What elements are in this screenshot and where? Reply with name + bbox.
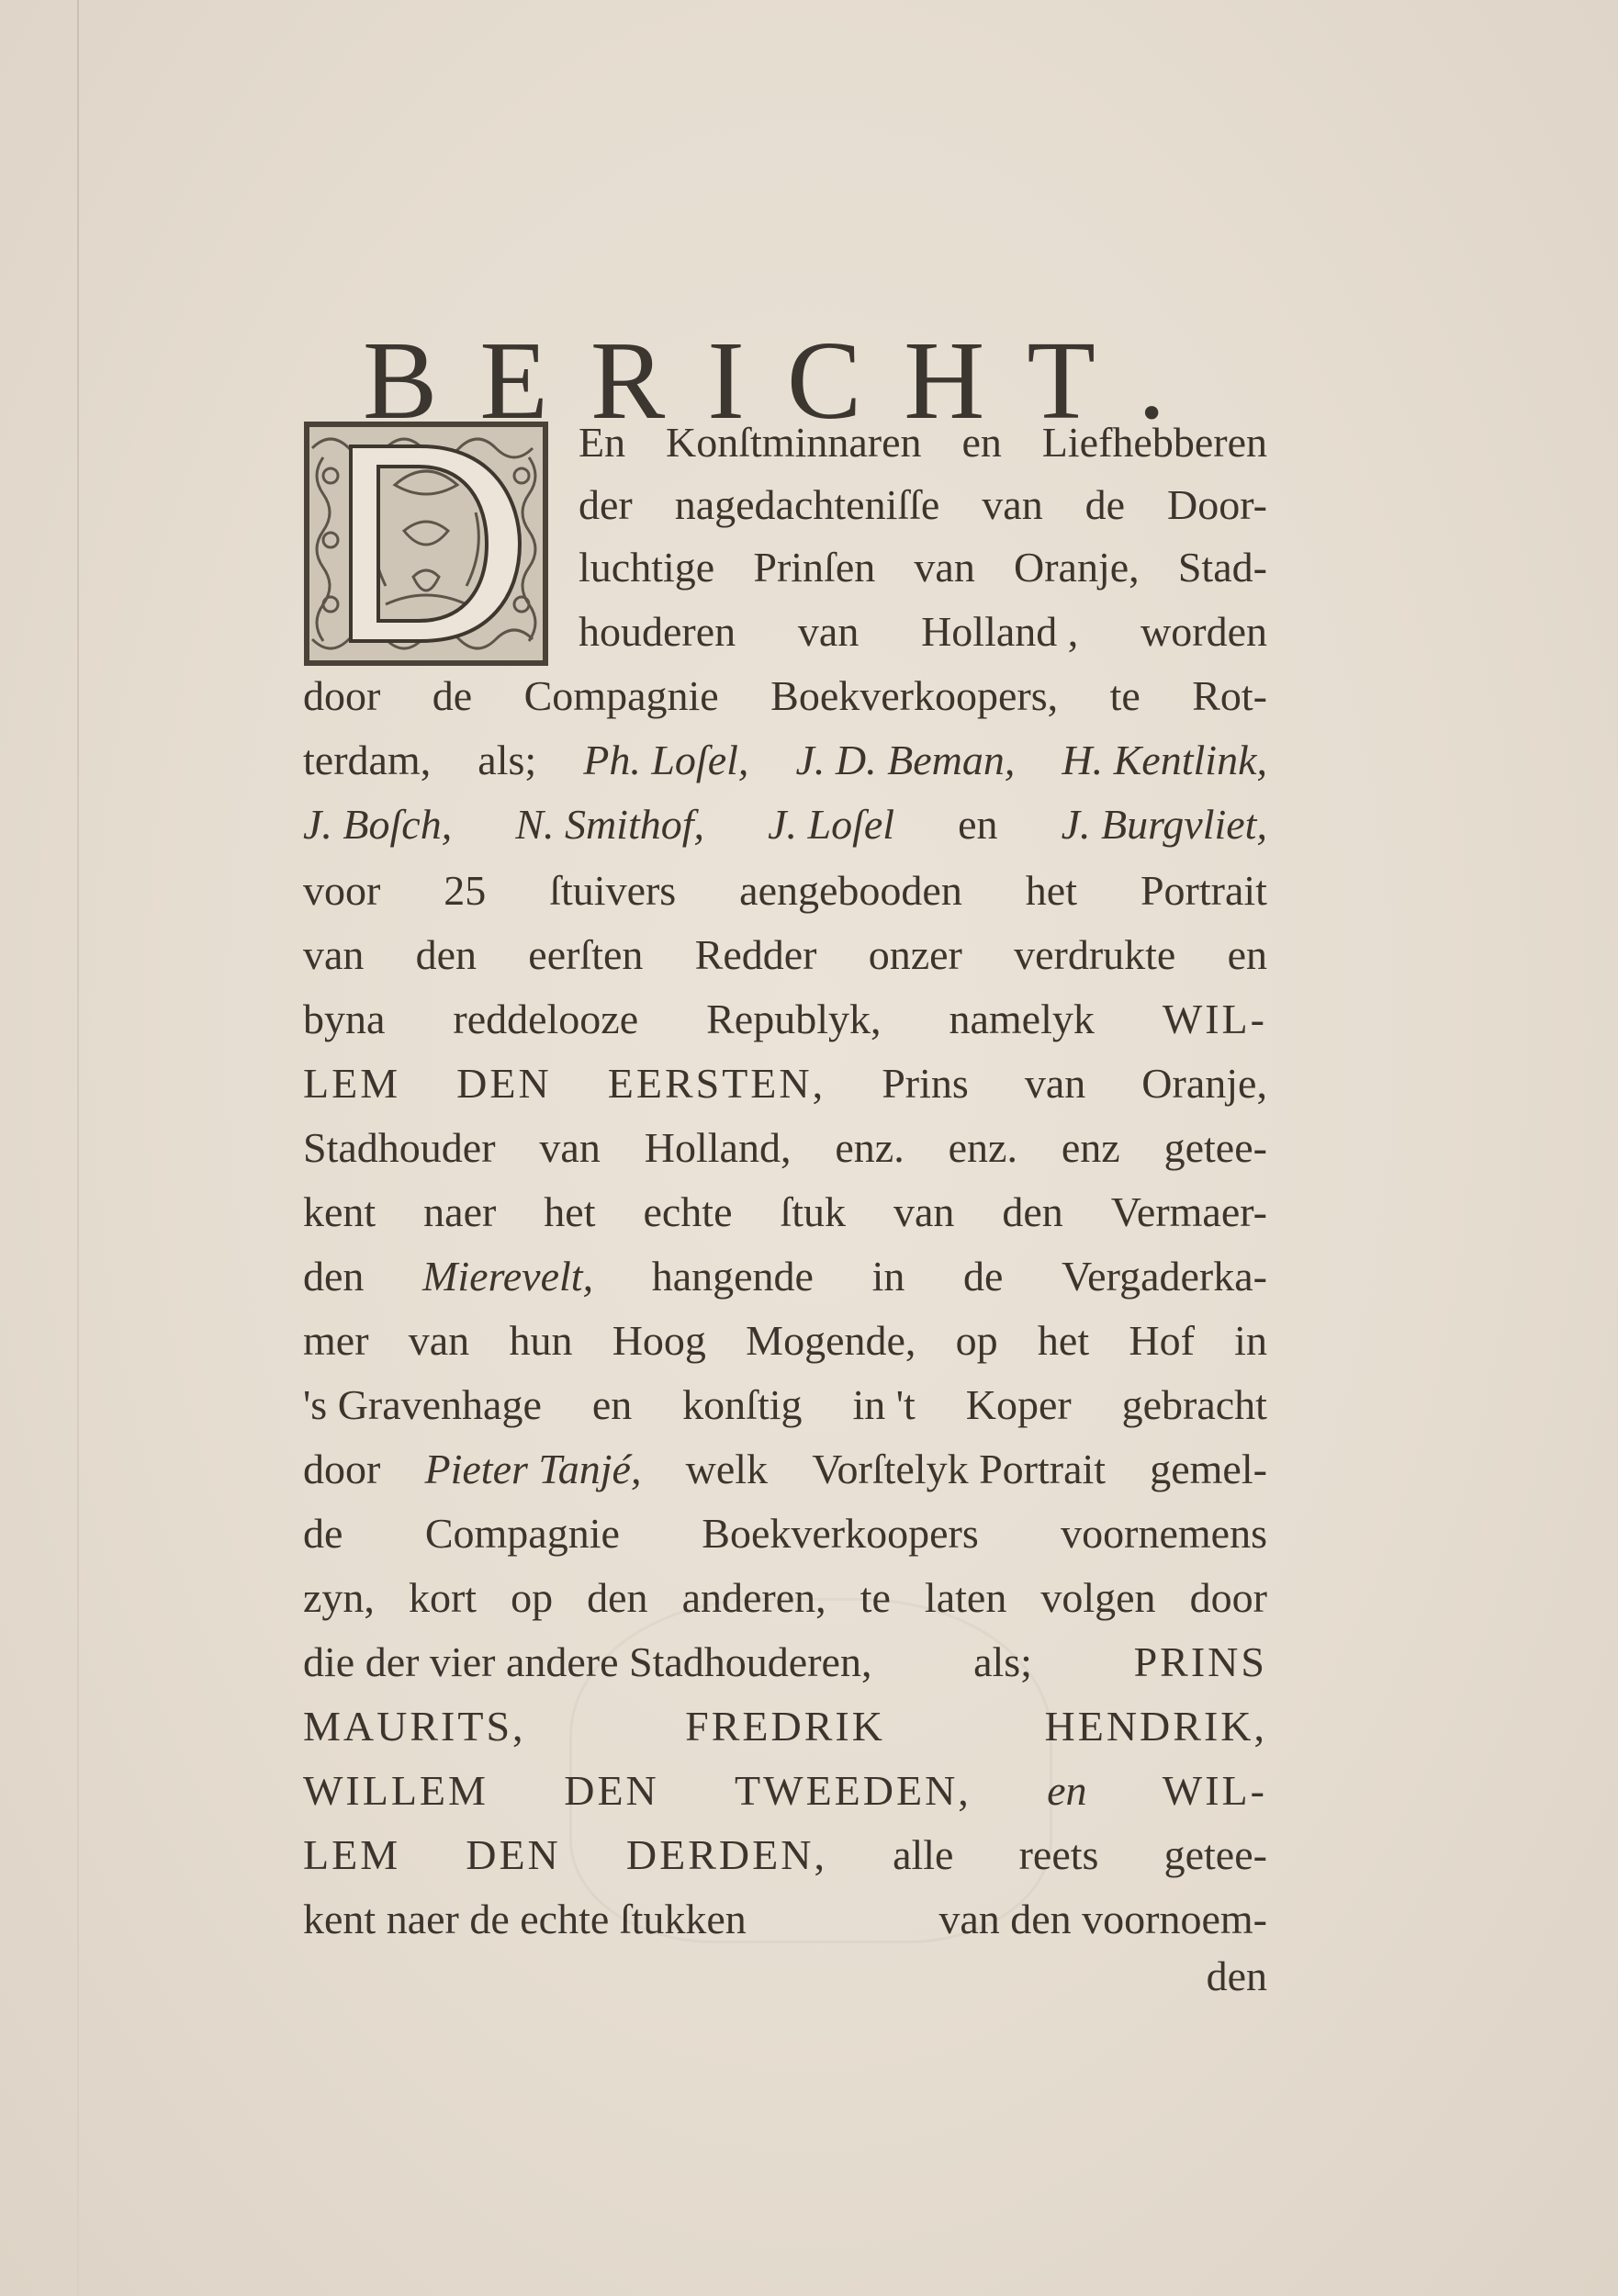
word-segment: Pieter Tanjé, xyxy=(425,1444,642,1495)
word-segment: J. Burgvliet, xyxy=(1062,799,1267,850)
word-segment: Hoog xyxy=(612,1315,706,1367)
word-segment: namelyk xyxy=(949,994,1094,1045)
text-line: MAURITS,FREDRIKHENDRIK, xyxy=(303,1701,1267,1752)
word-segment: de xyxy=(963,1251,1003,1302)
word-segment: Holland, xyxy=(645,1122,792,1174)
word-segment: onzer xyxy=(869,929,962,981)
word-segment: de xyxy=(303,1508,343,1559)
word-segment: van xyxy=(893,1187,954,1238)
word-segment: Oranje, xyxy=(1141,1058,1267,1109)
word-segment: kent naer de echte ſtukken xyxy=(303,1894,747,1945)
word-segment: van xyxy=(982,479,1042,531)
word-segment: Oranje, xyxy=(1014,542,1140,593)
text-line: LEMDENDERDEN,allereetsgetee- xyxy=(303,1829,1267,1881)
word-segment: echte xyxy=(643,1187,732,1238)
word-segment: voornemens xyxy=(1061,1508,1267,1559)
word-segment: HENDRIK, xyxy=(1045,1701,1267,1752)
word-segment: Konſtminnaren xyxy=(666,417,922,468)
word-segment: Redder xyxy=(695,929,817,981)
word-segment: TWEEDEN, xyxy=(735,1765,972,1817)
text-line: voor25ſtuiversaengeboodenhetPortrait xyxy=(303,865,1267,917)
word-segment: door xyxy=(303,1444,380,1495)
word-segment: Prins xyxy=(882,1058,969,1109)
word-segment: het xyxy=(544,1187,595,1238)
word-segment: Compagnie xyxy=(524,670,719,722)
text-line: houderenvanHolland ,worden xyxy=(579,606,1267,658)
word-segment: byna xyxy=(303,994,385,1045)
word-segment: enz xyxy=(1062,1122,1120,1174)
word-segment: in 't xyxy=(852,1379,915,1431)
text-line: dernagedachteniſſevandeDoor- xyxy=(579,479,1267,531)
word-segment: gemel- xyxy=(1150,1444,1267,1495)
word-segment: Rot- xyxy=(1192,670,1267,722)
word-segment: LEM xyxy=(303,1058,400,1109)
word-segment: aengebooden xyxy=(739,865,962,917)
word-segment: WIL- xyxy=(1163,1765,1267,1817)
word-segment: enz. xyxy=(835,1122,904,1174)
word-segment: WILLEM xyxy=(303,1765,489,1817)
word-segment: DERDEN, xyxy=(626,1829,827,1881)
word-segment: DEN xyxy=(456,1058,552,1109)
word-segment: WIL- xyxy=(1163,994,1267,1045)
word-segment: Portrait xyxy=(1140,865,1267,917)
word-segment: naer xyxy=(423,1187,496,1238)
word-segment: EERSTEN, xyxy=(608,1058,826,1109)
word-segment: van xyxy=(409,1315,469,1367)
word-segment: welk xyxy=(686,1444,768,1495)
word-segment: kort xyxy=(409,1572,477,1624)
word-segment: en xyxy=(592,1379,632,1431)
text-line: luchtigePrinſenvanOranje,Stad- xyxy=(579,542,1267,593)
word-segment: Vergaderka- xyxy=(1062,1251,1267,1302)
word-segment: Boekverkoopers, xyxy=(770,670,1058,722)
text-line: mervanhunHoogMogende,ophetHofin xyxy=(303,1315,1267,1367)
word-segment: mer xyxy=(303,1315,369,1367)
word-segment: J. Loſel xyxy=(768,799,894,850)
text-line: bynareddeloozeRepublyk,namelykWIL- xyxy=(303,994,1267,1045)
word-segment: gebracht xyxy=(1122,1379,1267,1431)
word-segment: worden xyxy=(1140,606,1267,658)
word-segment: Koper xyxy=(966,1379,1072,1431)
word-segment: Stadhouder xyxy=(303,1122,496,1174)
text-line: J. Boſch,N. Smithof,J. LoſelenJ. Burgvli… xyxy=(303,799,1267,850)
text-line: doordeCompagnieBoekverkoopers,teRot- xyxy=(303,670,1267,722)
word-segment: anderen, xyxy=(682,1572,826,1624)
word-segment: terdam, xyxy=(303,735,431,786)
word-segment: hun xyxy=(509,1315,572,1367)
word-segment: den xyxy=(1002,1187,1062,1238)
word-segment: van xyxy=(539,1122,600,1174)
word-segment: Vorſtelyk Portrait xyxy=(812,1444,1106,1495)
word-segment: der xyxy=(579,479,633,531)
text-line: die der vier andere Stadhouderen,als;PRI… xyxy=(303,1637,1267,1688)
word-segment: en xyxy=(961,417,1001,468)
text-line: zyn,kortopdenanderen,telatenvolgendoor xyxy=(303,1572,1267,1624)
word-segment: en xyxy=(958,799,997,850)
word-segment: J. D. Beman, xyxy=(795,735,1015,786)
word-segment: den xyxy=(416,929,477,981)
word-segment: en xyxy=(1047,1765,1086,1817)
word-segment: in xyxy=(1234,1315,1267,1367)
text-line: deCompagnieBoekverkoopersvoornemens xyxy=(303,1508,1267,1559)
word-segment: Prinſen xyxy=(753,542,875,593)
text-line: StadhoudervanHolland,enz.enz.enzgetee- xyxy=(303,1122,1267,1174)
word-segment: te xyxy=(860,1572,891,1624)
word-segment: van xyxy=(914,542,974,593)
word-segment: door xyxy=(1190,1572,1267,1624)
word-segment: Door- xyxy=(1167,479,1267,531)
word-segment: volgen xyxy=(1040,1572,1155,1624)
word-segment: het xyxy=(1026,865,1077,917)
word-segment: reets xyxy=(1019,1829,1099,1881)
word-segment: die der vier andere Stadhouderen, xyxy=(303,1637,871,1688)
text-line: WILLEMDENTWEEDEN,enWIL- xyxy=(303,1765,1267,1817)
text-line: denMierevelt,hangendeindeVergaderka- xyxy=(303,1251,1267,1302)
word-segment: kent xyxy=(303,1187,376,1238)
word-segment: reddelooze xyxy=(453,994,638,1045)
word-segment: Liefhebberen xyxy=(1042,417,1267,468)
word-segment: als; xyxy=(478,735,536,786)
word-segment: 's Gravenhage xyxy=(303,1379,542,1431)
word-segment: verdrukte xyxy=(1014,929,1175,981)
word-segment: de xyxy=(1085,479,1125,531)
word-segment: getee- xyxy=(1164,1829,1267,1881)
word-segment: Mogende, xyxy=(746,1315,916,1367)
text-line: doorPieter Tanjé,welkVorſtelyk Portraitg… xyxy=(303,1444,1267,1495)
word-segment: ſtuk xyxy=(780,1187,846,1238)
text-line: EnKonſtminnarenenLiefhebberen xyxy=(579,417,1267,468)
word-segment: voor xyxy=(303,865,380,917)
word-segment: 25 xyxy=(444,865,486,917)
word-segment: DEN xyxy=(564,1765,659,1817)
word-segment: MAURITS, xyxy=(303,1701,526,1752)
word-segment: van xyxy=(798,606,859,658)
word-segment: van xyxy=(303,929,364,981)
word-segment: LEM xyxy=(303,1829,400,1881)
word-segment: FREDRIK xyxy=(685,1701,885,1752)
text-line: LEMDENEERSTEN,PrinsvanOranje, xyxy=(303,1058,1267,1109)
word-segment: J. Boſch, xyxy=(303,799,452,850)
word-segment: luchtige xyxy=(579,542,714,593)
word-segment: als; xyxy=(973,1637,1032,1688)
text-line: 's Gravenhageenkonſtigin 'tKopergebracht xyxy=(303,1379,1267,1431)
word-segment: N. Smithof, xyxy=(515,799,704,850)
word-segment: op xyxy=(956,1315,998,1367)
word-segment: ſtuivers xyxy=(549,865,676,917)
word-segment: in xyxy=(872,1251,905,1302)
word-segment: Ph. Loſel, xyxy=(583,735,748,786)
word-segment: Holland , xyxy=(921,606,1078,658)
word-segment: het xyxy=(1038,1315,1089,1367)
word-segment: Compagnie xyxy=(425,1508,620,1559)
word-segment: eerſten xyxy=(528,929,643,981)
word-segment: getee- xyxy=(1164,1122,1267,1174)
word-segment: den xyxy=(303,1251,364,1302)
paper-edge-line xyxy=(77,0,79,2296)
word-segment: te xyxy=(1110,670,1140,722)
word-segment: den xyxy=(1207,1951,1267,2002)
word-segment: alle xyxy=(893,1829,953,1881)
word-segment: DEN xyxy=(466,1829,561,1881)
word-segment: en xyxy=(1228,929,1267,981)
word-segment: Stad- xyxy=(1178,542,1267,593)
catchword: den xyxy=(303,1951,1267,2002)
word-segment: nagedachteniſſe xyxy=(675,479,940,531)
word-segment: H. Kentlink, xyxy=(1062,735,1267,786)
word-segment: En xyxy=(579,417,625,468)
word-segment: van den voornoem- xyxy=(938,1894,1267,1945)
word-segment: houderen xyxy=(579,606,736,658)
word-segment: Hof xyxy=(1129,1315,1195,1367)
text-line: terdam,als;Ph. Loſel,J. D. Beman,H. Kent… xyxy=(303,735,1267,786)
word-segment: enz. xyxy=(949,1122,1017,1174)
word-segment: laten xyxy=(925,1572,1006,1624)
word-segment: de xyxy=(433,670,472,722)
word-segment: Mierevelt, xyxy=(422,1251,593,1302)
word-segment: hangende xyxy=(652,1251,814,1302)
word-segment: konſtig xyxy=(682,1379,802,1431)
word-segment: op xyxy=(511,1572,553,1624)
word-segment: den xyxy=(587,1572,647,1624)
text-line: kent naer de echte ſtukkenvan den voorno… xyxy=(303,1894,1267,1945)
word-segment: Vermaer- xyxy=(1111,1187,1267,1238)
text-line: kentnaerhetechteſtukvandenVermaer- xyxy=(303,1187,1267,1238)
word-segment: door xyxy=(303,670,380,722)
word-segment: Boekverkoopers xyxy=(702,1508,978,1559)
ornamental-drop-cap-d-icon xyxy=(303,421,549,667)
word-segment: Republyk, xyxy=(706,994,881,1045)
word-segment: van xyxy=(1025,1058,1085,1109)
word-segment: zyn, xyxy=(303,1572,375,1624)
word-segment: PRINS xyxy=(1134,1637,1267,1688)
text-line: vandeneerſtenRedderonzerverdrukteen xyxy=(303,929,1267,981)
